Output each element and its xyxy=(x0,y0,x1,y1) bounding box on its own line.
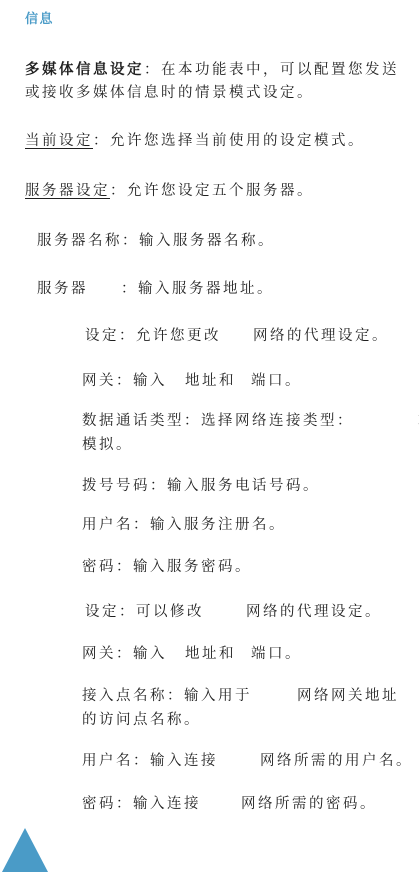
gateway1-line: 网关：输入地址和端口。 xyxy=(82,372,302,390)
username2-text-2: 网络所需的用户名。 xyxy=(260,753,413,769)
apn-text-1: 接入点名称：输入用于 xyxy=(82,688,252,704)
intro-line-1: 多媒体信息设定：在本功能表中，可以配置您发送 xyxy=(25,61,399,79)
password2-line: 密码：输入连接网络所需的密码。 xyxy=(82,795,377,813)
manual-page: 信息 多媒体信息设定：在本功能表中，可以配置您发送 或接收多媒体信息时的情景模式… xyxy=(0,0,419,872)
password1-line: 密码：输入服务密码。 xyxy=(82,558,252,576)
dial-number-line: 拨号号码：输入服务电话号码。 xyxy=(82,477,320,495)
proxy1-setting-text-1: 设定：允许您更改 xyxy=(85,328,221,344)
running-header: 信息 xyxy=(25,8,54,27)
proxy2-setting-line: 设定：可以修改网络的代理设定。 xyxy=(85,603,382,621)
gateway1-text-3: 端口。 xyxy=(251,373,302,389)
missing-text-gap xyxy=(236,657,251,658)
server-url-text-2: ：输入服务器地址。 xyxy=(121,281,274,297)
current-setting-line: 当前设定：允许您选择当前使用的设定模式。 xyxy=(25,132,365,150)
apn-line-1: 接入点名称：输入用于网络网关地址 xyxy=(82,687,399,705)
username2-text-1: 用户名：输入连接 xyxy=(82,753,218,769)
gateway1-text-2: 地址和 xyxy=(185,373,236,389)
missing-text-gap xyxy=(201,807,241,808)
gateway2-line: 网关：输入地址和端口。 xyxy=(82,645,302,663)
proxy2-setting-text-2: 网络的代理设定。 xyxy=(246,604,382,620)
dial-number-text: 拨号号码：输入服务电话号码。 xyxy=(82,478,320,494)
intro-term: 多媒体信息设定 xyxy=(25,62,144,78)
server-name-line: 服务器名称：输入服务器名称。 xyxy=(37,232,275,250)
missing-text-gap xyxy=(218,764,260,765)
missing-text-gap xyxy=(221,339,253,340)
gateway2-text-3: 端口。 xyxy=(251,646,302,662)
apn-text-2: 网络网关地址 xyxy=(297,688,399,704)
gateway2-text-2: 地址和 xyxy=(185,646,236,662)
data-call-line-2-text: 模拟。 xyxy=(82,437,133,453)
proxy2-setting-text-1: 设定：可以修改 xyxy=(85,604,204,620)
server-setting-line: 服务器设定：允许您设定五个服务器。 xyxy=(25,182,314,200)
intro-line-2-text: 或接收多媒体信息时的情景模式设定。 xyxy=(25,85,314,101)
apn-line-2-text: 的访问点名称。 xyxy=(82,712,201,728)
intro-line-2: 或接收多媒体信息时的情景模式设定。 xyxy=(25,84,314,102)
server-url-text-1: 服务器 xyxy=(37,281,88,297)
data-call-line-2: 模拟。 xyxy=(82,436,133,454)
missing-text-gap xyxy=(236,384,251,385)
missing-text-gap xyxy=(204,615,246,616)
username1-text: 用户名：输入服务注册名。 xyxy=(82,517,286,533)
apn-line-2: 的访问点名称。 xyxy=(82,711,201,729)
missing-text-gap xyxy=(167,384,185,385)
gateway2-text-1: 网关：输入 xyxy=(82,646,167,662)
password2-text-2: 网络所需的密码。 xyxy=(241,796,377,812)
missing-text-gap xyxy=(167,657,185,658)
intro-line-1-text: ：在本功能表中，可以配置您发送 xyxy=(144,62,399,78)
gateway1-text-1: 网关：输入 xyxy=(82,373,167,389)
data-call-line-1: 数据通话类型：选择网络连接类型：或 xyxy=(82,412,419,430)
username1-line: 用户名：输入服务注册名。 xyxy=(82,516,286,534)
missing-text-gap xyxy=(354,424,418,425)
server-name-text: 服务器名称：输入服务器名称。 xyxy=(37,233,275,249)
missing-text-gap xyxy=(88,292,121,293)
proxy1-setting-text-2: 网络的代理设定。 xyxy=(253,328,389,344)
missing-text-gap xyxy=(252,699,297,700)
running-header-label: 信息 xyxy=(25,11,54,26)
data-call-text-1: 数据通话类型：选择网络连接类型： xyxy=(82,413,354,429)
password2-text-1: 密码：输入连接 xyxy=(82,796,201,812)
username2-line: 用户名：输入连接网络所需的用户名。 xyxy=(82,752,413,770)
proxy1-setting-line: 设定：允许您更改网络的代理设定。 xyxy=(85,327,389,345)
server-setting-term: 服务器设定 xyxy=(25,183,110,199)
server-setting-text: ：允许您设定五个服务器。 xyxy=(110,183,314,199)
server-url-line: 服务器：输入服务器地址。 xyxy=(37,280,274,298)
password1-text: 密码：输入服务密码。 xyxy=(82,559,252,575)
current-setting-text: ：允许您选择当前使用的设定模式。 xyxy=(93,133,365,149)
corner-triangle-decoration xyxy=(2,828,48,872)
current-setting-term: 当前设定 xyxy=(25,133,93,149)
